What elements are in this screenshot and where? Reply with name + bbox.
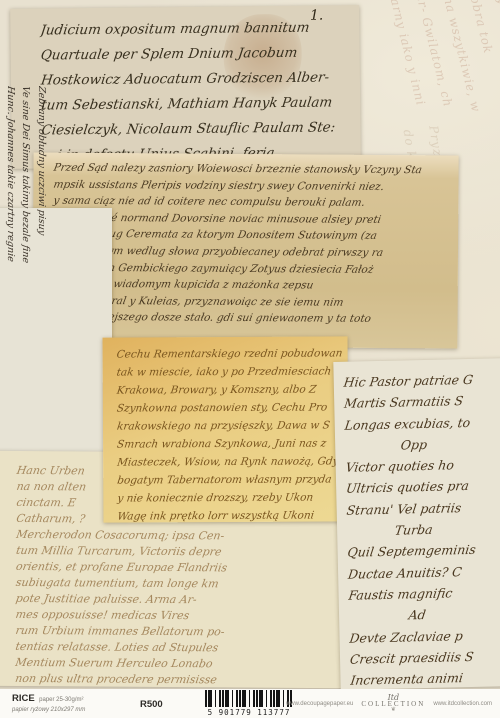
- url-itdcollection: www.itdcollection.com: [433, 701, 492, 707]
- manuscript-line: non plus ultra procedere permisisse: [14, 671, 340, 688]
- manuscript-line: Szynkowna postanowien sty, Cechu Pro: [116, 398, 343, 417]
- manuscript-line: Hunc. Johannes takie czartny regnie: [3, 86, 19, 330]
- manuscript-text-rotated: Zebrany obłudny uczciwi pisuyVe sine Dei…: [0, 86, 49, 330]
- manuscript-line: Ve sine Dei Simus takimy bezale fine: [18, 86, 34, 330]
- manuscript-line: Ad: [348, 602, 500, 627]
- barcode-bars: [205, 690, 293, 707]
- rice-paper-sheet: Mliczy kmita Gprzyobra tokforma wszytkiw…: [0, 0, 500, 718]
- manuscript-line: Hostkowicz Aduocatum Grodziscen Alber-: [39, 65, 353, 93]
- manuscript-line: tum Sebestianski, Mathiam Hanyk Paulam: [40, 90, 354, 118]
- brand-name: RICE: [12, 693, 35, 704]
- manuscript-line: Quartuale per Splem Dnium Jacobum: [39, 40, 353, 68]
- manuscript-line: Martis Sarmatiis S: [343, 389, 500, 414]
- manuscript-line: Miasteczek, Wsiow, na Rynk nawożą, Gdy: [116, 452, 343, 471]
- manuscript-line: Wagę ink prętko lorr wszystką Ukoni: [116, 506, 343, 522]
- barcode: 5 901779 113777: [205, 690, 293, 716]
- manuscript-text: Judicium oxpositum magnum bannitumQuartu…: [10, 5, 361, 169]
- product-spec: RICE paper 25-30g/m² papier ryżowy 210x2…: [12, 693, 85, 714]
- manuscript-right-latin: Hic Pastor patriae GMartis Sarmatiis SLo…: [333, 358, 500, 690]
- paper-spec-line2: papier ryżowy 210x297 mm: [12, 706, 85, 714]
- manuscript-line: Quil Septemgeminis: [346, 538, 500, 563]
- manuscript-line: bogatym Tabernatorom własnym przyda: [116, 470, 343, 489]
- manuscript-line: y nie koniecznie drozszy, rzeby Ukon: [116, 488, 343, 507]
- url-decoupagepaper: www.decoupagepaper.eu: [286, 701, 353, 707]
- manuscript-line: Zebrany obłudny uczciwi pisuy: [34, 86, 50, 330]
- paper-spec-line1: paper 25-30g/m²: [39, 697, 83, 703]
- barcode-number: 5 901779 113777: [205, 708, 293, 717]
- manuscript-left-column: Zebrany obłudny uczciwi pisuyVe sine Dei…: [0, 208, 112, 458]
- manuscript-line: Smrach wrabiona Szynkowa, Juni nas z: [116, 434, 343, 453]
- logo-flourish-icon: ❦: [391, 707, 396, 713]
- product-code: R500: [140, 699, 163, 710]
- manuscript-line: Krakowa, Browary, y Komszny, albo Z: [116, 380, 343, 399]
- manuscript-yellow: Cechu Rementarskiego rzedni pobudowanczy…: [103, 336, 349, 522]
- manuscript-line: Cechu Rementarskiego rzedni pobudowanczy…: [115, 344, 342, 363]
- manuscript-top-left: 1. Judicium oxpositum magnum bannitumQua…: [10, 5, 361, 169]
- manuscript-line: tak w miescie, iako y po Przedmiesciach …: [115, 362, 342, 381]
- product-label-bar: RICE paper 25-30g/m² papier ryżowy 210x2…: [0, 689, 500, 718]
- itd-collection-logo: Itd COLLECTION ❦: [361, 695, 425, 713]
- manuscript-text: Cechu Rementarskiego rzedni pobudowanczy…: [103, 336, 349, 522]
- publisher-info: www.decoupagepaper.eu Itd COLLECTION ❦ w…: [286, 695, 492, 713]
- manuscript-line: Ciesielczyk, Nicolaum Stauflic Paulam St…: [40, 115, 354, 143]
- manuscript-text: Hic Pastor patriae GMartis Sarmatiis SLo…: [333, 358, 500, 690]
- manuscript-line: Incrementa animi: [349, 666, 500, 690]
- manuscript-line: krakowskiego na przysięszky, Dawa w S: [116, 416, 343, 435]
- manuscript-line: Judicium oxpositum magnum bannitum: [39, 15, 353, 43]
